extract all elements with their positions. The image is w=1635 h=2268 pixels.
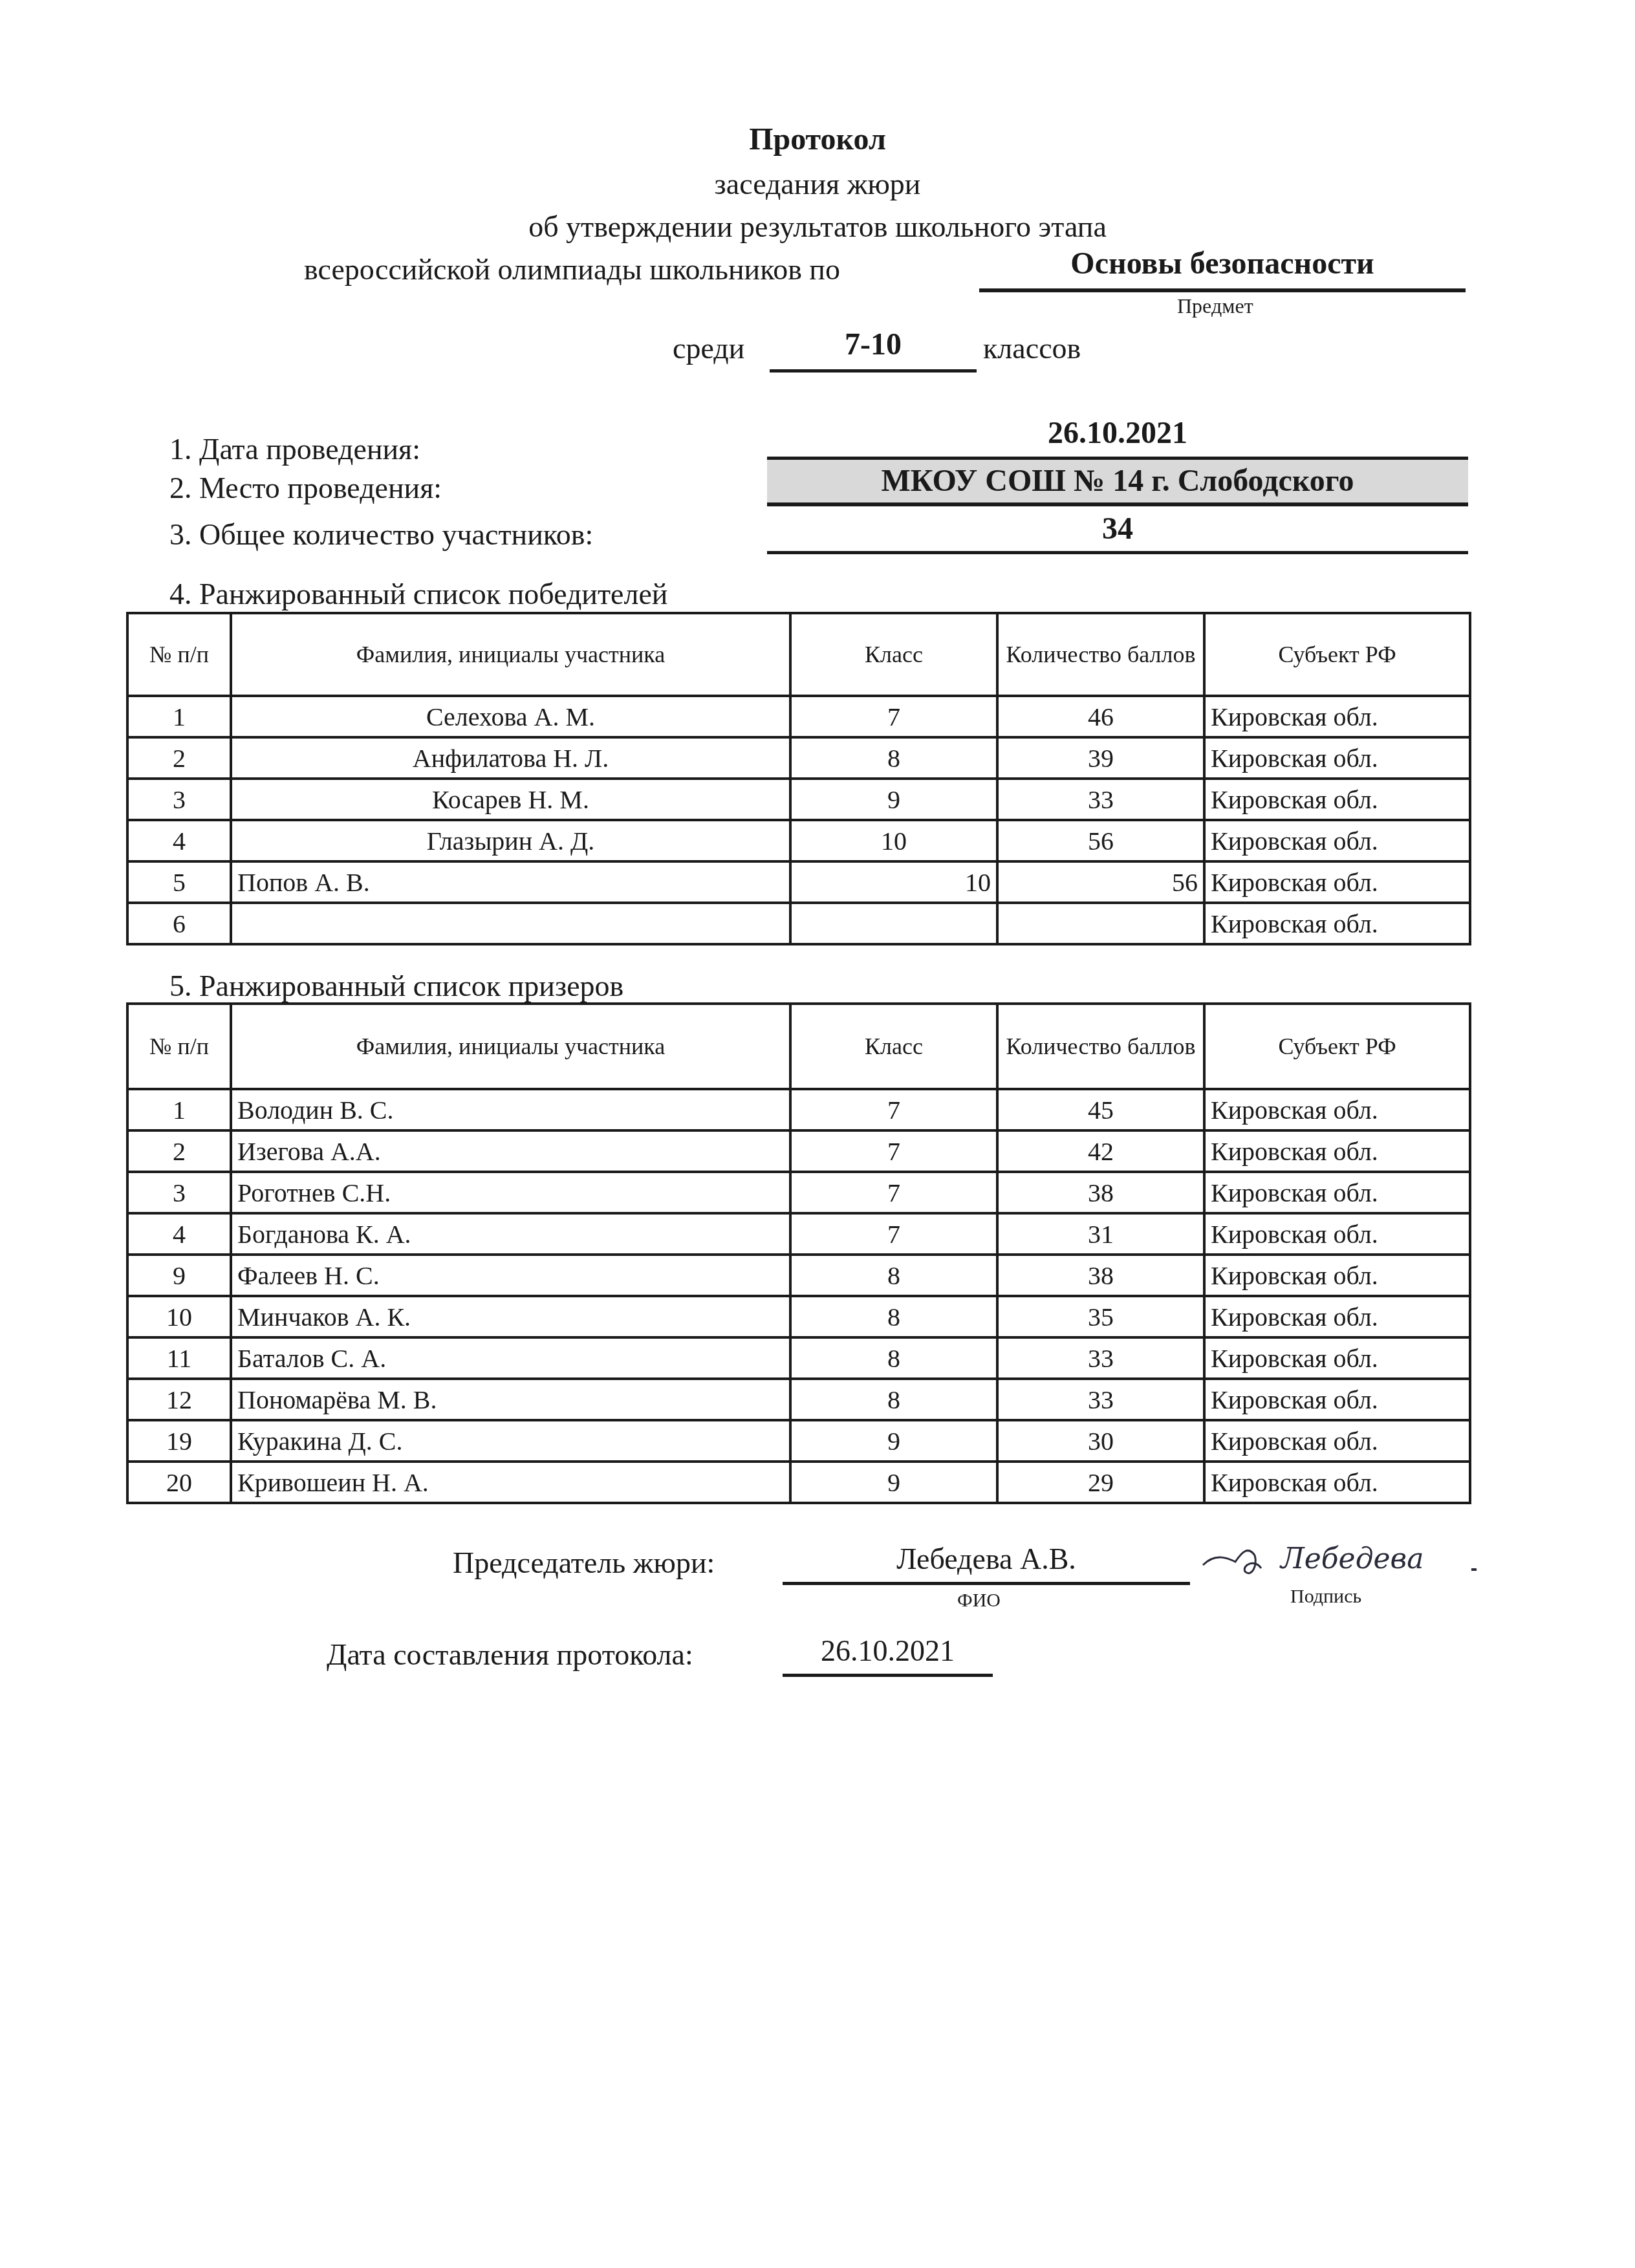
- participant-region: Кировская обл.: [1204, 1379, 1470, 1420]
- table-header-row: № п/п Фамилия, инициалы участника Класс …: [127, 613, 1470, 696]
- participant-name: Баталов С. А.: [231, 1337, 790, 1379]
- participant-name: Володин В. С.: [231, 1089, 790, 1130]
- row-number: 6: [127, 903, 231, 944]
- participant-score: 38: [997, 1255, 1204, 1296]
- jury-chair-name: Лебедева А.В.: [783, 1542, 1190, 1585]
- participant-region: Кировская обл.: [1204, 1462, 1470, 1503]
- classes-label: классов: [983, 331, 1081, 365]
- participant-grade: 10: [790, 861, 997, 903]
- date-value: 26.10.2021: [767, 415, 1468, 460]
- table-row: 5Попов А. В.1056Кировская обл.: [127, 861, 1470, 903]
- row-number: 5: [127, 861, 231, 903]
- table-row: 19Куракина Д. С.930Кировская обл.: [127, 1420, 1470, 1462]
- participant-score: [997, 903, 1204, 944]
- table-row: 12Пономарёва М. В.833Кировская обл.: [127, 1379, 1470, 1420]
- row-number: 1: [127, 696, 231, 737]
- participant-grade: 8: [790, 737, 997, 779]
- participant-name: Селехова А. М.: [231, 696, 790, 737]
- row-number: 12: [127, 1379, 231, 1420]
- participant-score: 46: [997, 696, 1204, 737]
- participant-region: Кировская обл.: [1204, 861, 1470, 903]
- participant-grade: 7: [790, 1130, 997, 1172]
- participant-name: Роготнев С.Н.: [231, 1172, 790, 1213]
- participant-score: 42: [997, 1130, 1204, 1172]
- participant-region: Кировская обл.: [1204, 1420, 1470, 1462]
- column-header-region: Субъект РФ: [1204, 613, 1470, 696]
- place-value: МКОУ СОШ № 14 г. Слободского: [767, 460, 1468, 506]
- participant-score: 33: [997, 1337, 1204, 1379]
- participant-name: [231, 903, 790, 944]
- column-header-score: Количество баллов: [997, 1004, 1204, 1089]
- row-number: 11: [127, 1337, 231, 1379]
- participant-region: Кировская обл.: [1204, 1172, 1470, 1213]
- participant-region: Кировская обл.: [1204, 696, 1470, 737]
- participant-name: Кривошеин Н. А.: [231, 1462, 790, 1503]
- participant-score: 33: [997, 779, 1204, 820]
- table-row: 20Кривошеин Н. А.929Кировская обл.: [127, 1462, 1470, 1503]
- participant-region: Кировская обл.: [1204, 1337, 1470, 1379]
- table-row: 3Косарев Н. М.933Кировская обл.: [127, 779, 1470, 820]
- row-number: 2: [127, 1130, 231, 1172]
- participants-count-label: 3. Общее количество участников:: [169, 517, 593, 552]
- participant-grade: 8: [790, 1296, 997, 1337]
- subject-caption: Предмет: [1177, 294, 1253, 318]
- row-number: 3: [127, 1172, 231, 1213]
- row-number: 2: [127, 737, 231, 779]
- row-number: 20: [127, 1462, 231, 1503]
- participant-region: Кировская обл.: [1204, 1130, 1470, 1172]
- table-row: 4Глазырин А. Д.1056Кировская обл.: [127, 820, 1470, 861]
- participant-grade: 8: [790, 1255, 997, 1296]
- row-number: 4: [127, 820, 231, 861]
- jury-chair-label: Председатель жюри:: [453, 1546, 715, 1580]
- column-header-grade: Класс: [790, 613, 997, 696]
- column-header-number: № п/п: [127, 1004, 231, 1089]
- participant-score: 33: [997, 1379, 1204, 1420]
- participant-grade: 7: [790, 1213, 997, 1255]
- column-header-name: Фамилия, инициалы участника: [231, 1004, 790, 1089]
- signature-caption: Подпись: [1290, 1586, 1361, 1608]
- participant-grade: 10: [790, 820, 997, 861]
- fio-caption: ФИО: [957, 1590, 1001, 1612]
- table-row: 2Изегова А.А.742Кировская обл.: [127, 1130, 1470, 1172]
- participant-score: 29: [997, 1462, 1204, 1503]
- among-label: среди: [673, 331, 744, 365]
- participant-name: Пономарёва М. В.: [231, 1379, 790, 1420]
- table-row: 9Фалеев Н. С.838Кировская обл.: [127, 1255, 1470, 1296]
- document-title: Протокол: [0, 122, 1635, 157]
- table-row: 1Володин В. С.745Кировская обл.: [127, 1089, 1470, 1130]
- table-row: 1Селехова А. М.746Кировская обл.: [127, 696, 1470, 737]
- signature-text: Лебедева: [1279, 1542, 1424, 1575]
- participant-score: 31: [997, 1213, 1204, 1255]
- column-header-score: Количество баллов: [997, 613, 1204, 696]
- participant-score: 30: [997, 1420, 1204, 1462]
- grades-field: 7-10: [770, 327, 977, 373]
- row-number: 3: [127, 779, 231, 820]
- table-row: 11Баталов С. А.833Кировская обл.: [127, 1337, 1470, 1379]
- participant-name: Куракина Д. С.: [231, 1420, 790, 1462]
- participant-grade: 7: [790, 696, 997, 737]
- row-number: 1: [127, 1089, 231, 1130]
- participant-grade: 9: [790, 1462, 997, 1503]
- row-number: 10: [127, 1296, 231, 1337]
- participant-score: 38: [997, 1172, 1204, 1213]
- date-label: 1. Дата проведения:: [169, 432, 420, 466]
- participant-region: Кировская обл.: [1204, 779, 1470, 820]
- participant-grade: 9: [790, 779, 997, 820]
- participant-name: Минчаков А. К.: [231, 1296, 790, 1337]
- row-number: 9: [127, 1255, 231, 1296]
- participant-score: 45: [997, 1089, 1204, 1130]
- protocol-date-label: Дата составления протокола:: [327, 1637, 693, 1672]
- winners-section-title: 4. Ранжированный список победителей: [169, 577, 667, 611]
- title-line-approval: об утверждении результатов школьного эта…: [0, 210, 1635, 244]
- table-row: 3Роготнев С.Н.738Кировская обл.: [127, 1172, 1470, 1213]
- participant-score: 56: [997, 820, 1204, 861]
- place-label: 2. Место проведения:: [169, 471, 442, 505]
- table-row: 4Богданова К. А.731Кировская обл.: [127, 1213, 1470, 1255]
- participant-score: 35: [997, 1296, 1204, 1337]
- participant-grade: 7: [790, 1172, 997, 1213]
- prizers-table: № п/п Фамилия, инициалы участника Класс …: [126, 1002, 1471, 1504]
- prizers-section-title: 5. Ранжированный список призеров: [169, 969, 623, 1003]
- participant-name: Косарев Н. М.: [231, 779, 790, 820]
- participant-name: Изегова А.А.: [231, 1130, 790, 1172]
- subject-field: Основы безопасности: [979, 246, 1466, 292]
- table-row: 2Анфилатова Н. Л.839Кировская обл.: [127, 737, 1470, 779]
- participant-score: 39: [997, 737, 1204, 779]
- column-header-name: Фамилия, инициалы участника: [231, 613, 790, 696]
- participant-name: Анфилатова Н. Л.: [231, 737, 790, 779]
- participant-region: Кировская обл.: [1204, 1296, 1470, 1337]
- participant-region: Кировская обл.: [1204, 737, 1470, 779]
- participant-grade: 9: [790, 1420, 997, 1462]
- participant-name: Богданова К. А.: [231, 1213, 790, 1255]
- participant-region: Кировская обл.: [1204, 1213, 1470, 1255]
- participant-name: Глазырин А. Д.: [231, 820, 790, 861]
- participant-grade: 8: [790, 1337, 997, 1379]
- row-number: 19: [127, 1420, 231, 1462]
- participant-grade: 7: [790, 1089, 997, 1130]
- table-row: 10Минчаков А. К.835Кировская обл.: [127, 1296, 1470, 1337]
- title-line-olympiad: всероссийской олимпиады школьников по: [304, 252, 840, 286]
- participant-score: 56: [997, 861, 1204, 903]
- column-header-grade: Класс: [790, 1004, 997, 1089]
- winners-table: № п/п Фамилия, инициалы участника Класс …: [126, 612, 1471, 945]
- table-header-row: № п/п Фамилия, инициалы участника Класс …: [127, 1004, 1470, 1089]
- participant-region: Кировская обл.: [1204, 820, 1470, 861]
- column-header-number: № п/п: [127, 613, 231, 696]
- participants-count-value: 34: [767, 511, 1468, 554]
- participant-grade: 8: [790, 1379, 997, 1420]
- row-number: 4: [127, 1213, 231, 1255]
- protocol-date-value: 26.10.2021: [783, 1634, 993, 1677]
- title-line-jury: заседания жюри: [0, 167, 1635, 201]
- column-header-region: Субъект РФ: [1204, 1004, 1470, 1089]
- participant-name: Фалеев Н. С.: [231, 1255, 790, 1296]
- participant-region: Кировская обл.: [1204, 1255, 1470, 1296]
- table-row: 6Кировская обл.: [127, 903, 1470, 944]
- participant-grade: [790, 903, 997, 944]
- participant-region: Кировская обл.: [1204, 903, 1470, 944]
- participant-name: Попов А. В.: [231, 861, 790, 903]
- participant-region: Кировская обл.: [1204, 1089, 1470, 1130]
- signature-icon: Лебедева: [1196, 1533, 1481, 1584]
